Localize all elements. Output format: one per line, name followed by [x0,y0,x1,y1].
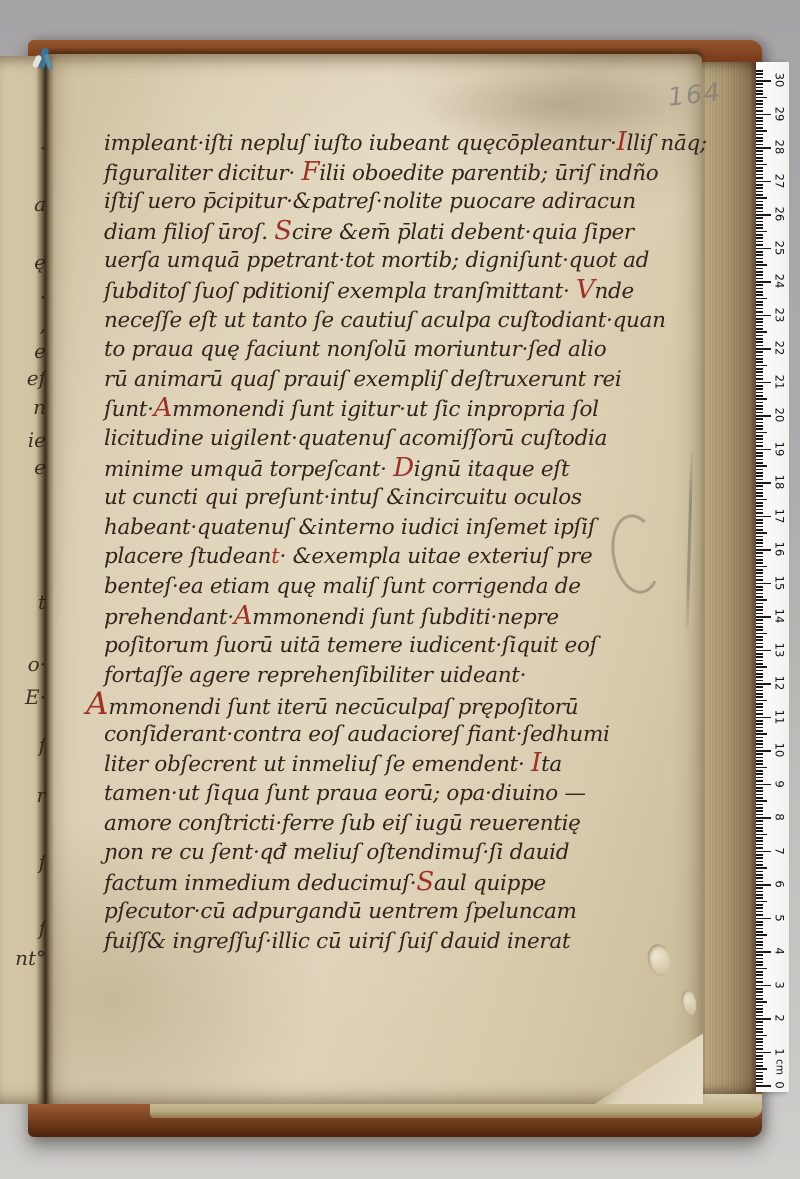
ruler-tick [756,502,763,504]
ruler-tick [756,767,767,769]
ruler-tick [756,720,763,722]
manuscript-line: minime umquā torpeſcant· Dignū itaque eſ… [104,454,670,484]
ruler-tick [756,660,763,662]
manuscript-line: habeant·quatenuſ &interno iudici inſemet… [104,513,670,543]
ruler-tick [756,177,763,179]
ruler-tick [756,690,763,692]
ruler-tick [756,459,763,461]
ruler-tick [756,114,771,116]
ruler-tick [756,1068,767,1070]
rubric-letter: A [234,601,252,631]
ruler-tick [756,586,763,588]
text-segment: pſecutor·cū adpurgandū uentrem ſpeluncam [104,899,577,924]
ruler-tick [756,529,763,531]
text-block: impleant·iſti nepluſ iuſto iubeant quęcō… [104,128,670,957]
manuscript-line: licitudine uigilent·quatenuſ acomiſſorū … [104,424,670,454]
text-segment: factum inmedium deducimuſ· [104,871,416,896]
ruler-tick [756,737,763,739]
text-segment: ſubditoſ ſuoſ pditioniſ exempla tranſmit… [104,279,576,304]
ruler-tick [756,304,763,306]
ruler-tick [756,311,763,313]
ruler-tick [756,308,763,310]
ruler-tick [756,73,763,75]
ruler-tick [756,227,763,229]
ruler-number: 5 [774,910,786,925]
ruler-unit-label: cm [774,1059,786,1074]
manuscript-line: impleant·iſti nepluſ iuſto iubeant quęcō… [104,128,670,158]
text-segment: ilii oboedite parentib; ūriſ indño [319,161,658,186]
ruler-tick [756,455,763,457]
ruler-tick [756,851,771,853]
ruler-tick [756,294,763,296]
ruler-tick [756,318,763,320]
ruler-tick [756,794,763,796]
ruler-tick [756,224,763,226]
ruler-tick [756,422,763,424]
manuscript-line: ſunt·Ammonendi ſunt igitur·ut ſic inprop… [104,394,670,424]
manuscript-line: Ammonendi ſunt iterū necūculpaſ prępoſit… [86,690,670,720]
text-segment: uerſa umquā ppetrant·tot mortib; digniſu… [104,248,649,273]
manuscript-line: poſitorum ſuorū uitā temere iudicent·ſiq… [104,631,670,661]
ruler-tick [756,100,763,102]
rubric-letter: I [617,127,627,157]
ruler-tick [756,398,767,400]
ruler-tick [756,432,767,434]
ruler-tick [756,412,763,414]
manuscript-line: uerſa umquā ppetrant·tot mortib; digniſu… [104,246,670,276]
manuscript-line: pſecutor·cū adpurgandū uentrem ſpeluncam [104,897,670,927]
text-segment: liter obſecrent ut inmeliuſ ſe emendent· [104,752,531,777]
ruler-tick [756,107,763,109]
ruler-tick [756,1058,763,1060]
ruler-tick [756,127,763,129]
ruler-number: 21 [774,374,786,389]
ruler-tick [756,566,767,568]
rubric-letter: S [416,867,434,897]
ruler-number: 19 [774,441,786,456]
manuscript-line: liter obſecrent ut inmeliuſ ſe emendent·… [104,749,670,779]
text-segment: aul quippe [434,871,546,896]
ruler-tick [756,482,771,484]
ruler-tick [756,489,763,491]
ruler-tick [756,402,763,404]
manuscript-page: 164 impleant·iſti nepluſ iuſto iubeant q… [46,54,702,1104]
ruler-tick [756,676,763,678]
rubric-letter: I [531,748,541,778]
ruler-tick [756,904,763,906]
page-corner-fold [585,1022,703,1104]
manuscript-line: ut cuncti qui preſunt·intuſ &incircuitu … [104,483,670,513]
ruler-tick [756,539,763,541]
ruler-number: 9 [774,776,786,791]
ruler-tick [756,512,763,514]
text-segment: poſitorum ſuorū uitā temere iudicent·ſiq… [104,633,597,658]
ruler-tick [756,650,771,652]
text-segment: amore conſtricti·ferre ſub eiſ iugū reue… [104,811,581,836]
ruler-tick [756,479,763,481]
ruler-tick [756,686,763,688]
text-segment: cire &em̄ p̄lati debent·quia ſiper [292,220,634,245]
ruler-tick [756,907,763,909]
ruler-tick [756,241,763,243]
ruler-tick [756,191,763,193]
ruler-tick [756,958,763,960]
ruler-tick [756,469,763,471]
ruler-tick [756,603,763,605]
ruler-tick [756,1072,763,1074]
ruler-tick [756,70,763,72]
ruler-tick [756,797,763,799]
text-segment: rū animarū quaſ prauiſ exempliſ deſtruxe… [104,367,622,392]
ruler-tick [756,341,763,343]
text-segment: figuraliter dicitur· [104,161,301,186]
ruler-tick [756,251,763,253]
text-segment: ɲon re cu ſent·qđ meliuſ oſtendimuſ·ſi d… [104,840,569,865]
ruler-number: 3 [774,977,786,992]
ruler-tick [756,281,771,283]
text-segment: ut cuncti qui preſunt·intuſ &incircuitu … [104,485,582,510]
ruler-tick [756,834,767,836]
ruler-tick [756,934,767,936]
ruler-tick [756,599,767,601]
ruler-tick [756,998,763,1000]
ruler-tick [756,301,763,303]
ruler-tick [756,103,763,105]
ruler-tick [756,442,763,444]
ruler-tick [756,991,763,993]
ruler-tick [756,395,763,397]
manuscript-line: to praua quę faciunt nonſolū moriuntur·ſ… [104,335,670,365]
ruler-tick [756,847,763,849]
ruler-tick [756,110,763,112]
ruler-tick [756,887,763,889]
text-segment: conſiderant·contra eoſ audacioreſ fiant·… [104,722,610,747]
ruler-tick [756,264,767,266]
ruler-tick [756,157,763,159]
gutter-shadow [36,56,54,1104]
text-segment: habeant·quatenuſ &interno iudici inſemet… [104,515,595,540]
manuscript-line: factum inmedium deducimuſ·Saul quippe [104,868,670,898]
manuscript-line: rū animarū quaſ prauiſ exempliſ deſtruxe… [104,365,670,395]
ruler-tick [756,814,763,816]
text-segment: prehendant· [104,605,234,630]
thread-strand [44,54,54,71]
ruler-tick [756,572,763,574]
text-segment: diam filioſ ūroſ. [104,220,274,245]
ruler-tick [756,871,763,873]
ruler-tick [756,211,763,213]
ruler-tick [756,941,763,943]
ruler-tick [756,97,767,99]
manuscript-line: neceſſe eſt ut tanto ſe cautiuſ aculpa c… [104,306,670,336]
text-segment: impleant·iſti nepluſ iuſto iubeant quęcō… [104,131,617,156]
ruler-tick [756,727,763,729]
ruler-number: 16 [774,542,786,557]
ruler-number: 29 [774,106,786,121]
ruler-tick [756,164,767,166]
ruler-tick [756,985,771,987]
ruler-tick [756,147,771,149]
manuscript-line: ɲon re cu ſent·qđ meliuſ oſtendimuſ·ſi d… [104,838,670,868]
ruler-number: 28 [774,140,786,155]
ruler-tick [756,425,763,427]
ruler-tick [756,713,763,715]
ruler-tick [756,964,763,966]
ruler-tick [756,348,771,350]
ruler-tick [756,549,771,551]
parchment-spot [680,989,698,1017]
manuscript-line: benteſ·ea etiam quę maliſ ſunt corrigend… [104,572,670,602]
ruler-tick [756,124,763,126]
ruler-tick [756,656,763,658]
ruler-tick [756,897,763,899]
ruler-tick [756,773,763,775]
ruler-number: 23 [774,307,786,322]
ruler-tick [756,807,763,809]
ruler-number: 1 [774,1044,786,1059]
ruler-number: 12 [774,676,786,691]
ruler-number: 17 [774,508,786,523]
ruler-tick [756,867,767,869]
ruler-tick [756,77,763,79]
ruler-tick [756,150,763,152]
ruler-tick [756,462,763,464]
ruler-tick [756,526,763,528]
ruler-tick [756,1018,771,1020]
ruler-tick [756,616,771,618]
ruler-tick [756,214,771,216]
ruler-tick [756,763,763,765]
ruler-tick [756,120,763,122]
text-segment: iſtiſ uero p̄cipitur·&patreſ·nolite puoc… [104,189,636,214]
ruler-tick [756,465,767,467]
ruler-tick [756,891,763,893]
ruler-tick [756,743,763,745]
ruler-tick [756,921,763,923]
ruler-tick [756,499,767,501]
ruler-tick [756,80,771,82]
ruler-tick [756,170,763,172]
ruler-tick [756,338,763,340]
ruler-tick [756,184,763,186]
ruler-tick [756,978,763,980]
ruler-tick [756,787,763,789]
ruler-tick [756,472,763,474]
ruler-tick [756,405,763,407]
rubric-letter: D [393,453,414,483]
ruler-tick [756,854,763,856]
ruler-tick [756,623,763,625]
ruler-tick [756,784,771,786]
ruler-tick [756,556,763,558]
ruler-tick [756,1052,771,1054]
ruler-tick [756,1031,763,1033]
text-segment: · &exempla uitae exteriuſ pre [280,544,593,569]
ruler-number: 10 [774,743,786,758]
ruler-tick [756,522,763,524]
ruler-tick [756,1045,763,1047]
manuscript-line: ſubditoſ ſuoſ pditioniſ exempla tranſmit… [104,276,670,306]
ruler-tick [756,1062,763,1064]
ruler-tick [756,857,763,859]
ruler-tick [756,606,763,608]
ruler-tick [756,1078,763,1080]
ruler-tick [756,505,763,507]
ruler-tick [756,358,763,360]
ruler-tick [756,961,763,963]
blue-bookmark-thread [34,46,56,76]
ruler-tick [756,445,763,447]
ruler-number: 18 [774,475,786,490]
ruler-tick [756,475,763,477]
ruler-tick [756,201,763,203]
ruler-tick [756,569,763,571]
ruler-tick [756,144,763,146]
ruler-tick [756,894,763,896]
ruler-tick [756,1048,763,1050]
ruler-tick [756,134,763,136]
ruler-tick [756,730,763,732]
ruler-tick [756,740,763,742]
ruler-tick [756,495,763,497]
ruler-number: 6 [774,877,786,892]
ruler-tick [756,392,763,394]
ruler-number: 0 [774,1078,786,1093]
ruler-number: 25 [774,240,786,255]
ruler-number: 27 [774,173,786,188]
ruler-tick [756,753,763,755]
ruler-tick [756,881,763,883]
ruler-tick [756,365,767,367]
ruler-tick [756,619,763,621]
ruler-tick [756,948,763,950]
rubric-letter: F [301,157,319,187]
ruler-tick [756,237,763,239]
ruler-tick [756,1075,763,1077]
text-segment: ta [541,752,562,777]
ruler-tick [756,837,763,839]
text-segment: ignū itaque eſt [414,457,570,482]
text-segment: lliſ nāq; [626,131,706,156]
ruler-tick [756,1015,763,1017]
ruler-tick [756,861,763,863]
ruler-tick [756,653,763,655]
ruler-tick [756,747,763,749]
ruler-tick [756,438,763,440]
ruler-tick [756,683,771,685]
ruler-tick [756,583,771,585]
ruler-tick [756,988,763,990]
ruler-tick [756,83,763,85]
manuscript-line: figuraliter dicitur· Filii oboedite pare… [104,158,670,188]
rubric-letter: A [86,686,108,722]
pencil-mark-line [686,450,693,628]
ruler-tick [756,663,763,665]
ruler-number: 30 [774,73,786,88]
ruler-tick [756,827,763,829]
page-fore-edge [693,62,757,1094]
ruler-tick [756,217,763,219]
text-segment: fortaſſe agere reprehenſibiliter uideant… [104,663,526,688]
ruler-tick [756,254,763,256]
ruler-tick [756,428,763,430]
ruler-tick [756,93,763,95]
ruler-tick [756,546,763,548]
ruler-tick [756,231,767,233]
manuscript-line: placere ſtudeant· &exempla uitae exteriu… [104,542,670,572]
ruler-tick [756,1085,771,1087]
ruler-tick [756,777,763,779]
ruler-tick [756,1011,763,1013]
ruler-tick [756,1028,763,1030]
text-segment: neceſſe eſt ut tanto ſe cautiuſ aculpa c… [104,308,666,333]
ruler-tick [756,361,763,363]
ruler-tick [756,938,763,940]
ruler-number: 26 [774,207,786,222]
ruler-tick [756,710,763,712]
ruler-tick [756,174,763,176]
ruler-tick [756,911,763,913]
photograph-background: ·aę·,eeſnieeto·E·ſrſſnt° 164 impleant·iſ… [0,0,800,1179]
ruler-tick [756,703,763,705]
ruler-number: 8 [774,810,786,825]
ruler-tick [756,355,763,357]
ruler-tick [756,790,763,792]
ruler-tick [756,130,767,132]
ruler-tick [756,757,763,759]
ruler-tick [756,884,771,886]
text-segment: mmonendi ſunt iterū necūculpaſ prępoſito… [108,695,578,720]
text-segment: benteſ·ea etiam quę maliſ ſunt corrigend… [104,574,581,599]
ruler-tick [756,140,763,142]
ruler-tick [756,335,763,337]
ruler-tick [756,435,763,437]
ruler-tick [756,315,771,317]
ruler-tick [756,626,763,628]
manuscript-line: amore conſtricti·ferre ſub eiſ iugū reue… [104,809,670,839]
manuscript-line: prehendant·Ammonendi ſunt ſubditi·nepre [104,602,670,632]
ruler-tick [756,636,763,638]
ruler-tick [756,485,763,487]
ruler-number: 13 [774,642,786,657]
ruler-tick [756,509,763,511]
ruler-tick [756,680,763,682]
ruler-tick [756,1041,763,1043]
ruler-number: 4 [774,944,786,959]
ruler-tick [756,693,763,695]
ruler-tick [756,117,763,119]
ruler-tick [756,646,763,648]
ruler-tick [756,351,763,353]
ruler-tick [756,382,771,384]
ruler-tick [756,375,763,377]
rubric-letter: t [271,544,279,569]
ruler-tick [756,733,767,735]
ruler-tick [756,924,763,926]
ruler-tick [756,670,763,672]
ruler-tick [756,325,763,327]
ruler-tick [756,204,763,206]
ruler-tick [756,345,763,347]
ruler-tick [756,914,763,916]
ruler-tick [756,613,763,615]
ruler-tick [756,820,763,822]
ruler-tick [756,542,763,544]
ruler-tick [756,244,763,246]
ruler-tick [756,974,763,976]
ruler-tick [756,261,763,263]
ruler-tick [756,371,763,373]
